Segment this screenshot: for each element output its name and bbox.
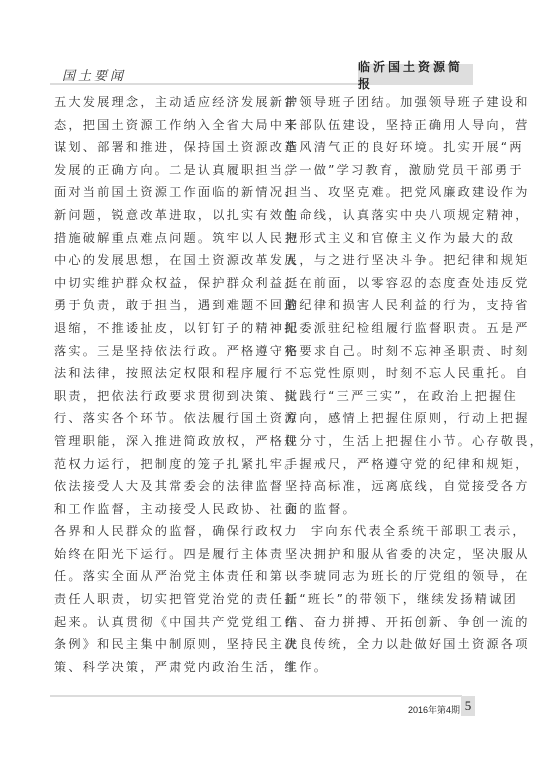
text-line: 落实。三是坚持依法行政。严格遵守宪: [54, 340, 266, 363]
text-line: 和工作监督，主动接受人民政协、社会: [54, 498, 266, 521]
page-number: 5: [465, 698, 472, 714]
publication-title: 临沂国土资源简报: [358, 58, 473, 92]
text-line: 生命线，认真落实中央八项规定精神，: [285, 204, 475, 227]
text-line: 结、奋力拼搏、开拓创新、争创一流的: [285, 611, 475, 634]
paragraph-start-line: 宇向东代表全系统干部职工表示，: [285, 520, 475, 543]
text-line: 担当、攻坚克难。把党风廉政建设作为: [285, 181, 475, 204]
text-line: 格要求自己。时刻不忘神圣职责、时刻: [285, 340, 475, 363]
text-line: 优良传统，全力以赴做好国土资源各项: [285, 633, 475, 656]
text-line: 新“班长”的带领下，继续发扬精诚团: [285, 588, 475, 611]
text-line: 不忘党性原则，时刻不忘人民重托。自: [285, 362, 475, 385]
footer-divider: [50, 695, 462, 697]
text-line: 学一做”学习教育，激励党员干部勇于: [285, 159, 475, 182]
text-line: 坚持高标准，远离底线，自觉接受各方: [285, 475, 475, 498]
text-line: 方向，感情上把握住原则，行动上把握: [285, 407, 475, 430]
text-line: 面的监督。: [285, 498, 475, 521]
page-number-box: 5: [461, 696, 475, 716]
text-line: 手握戒尺，严格遵守党的纪律和规矩，: [285, 453, 475, 476]
text-line: 谋划、部署和推进，保持国土资源改革: [54, 136, 266, 159]
text-line: 各界和人民群众的监督，确保行政权力: [54, 520, 266, 543]
text-line: 管理职能，深入推进简政放权，严格规: [54, 430, 266, 453]
text-line: 护领导班子团结。加强领导班子建设和: [285, 91, 475, 114]
text-line: 觉践行“三严三实”，在政治上把握住: [285, 385, 475, 408]
text-line: 挺在前面，以零容忍的态度查处违反党: [285, 272, 475, 295]
text-line: 发展的正确方向。二是认真履职担当。: [54, 159, 266, 182]
text-line: 起来。认真贯彻《中国共产党党组工作: [54, 611, 266, 634]
right-column: 护领导班子团结。加强领导班子建设和 干部队伍建设，坚持正确用人导向，营 造风清气…: [285, 91, 475, 678]
left-column: 五大发展理念，主动适应经济发展新常 态，把国土资源工作纳入全省大局中来 谋划、部…: [54, 91, 266, 678]
text-line: 把形式主义和官僚主义作为最大的敌: [285, 227, 475, 250]
publication-banner: 临沂国土资源简报: [358, 64, 473, 85]
text-line: 坚决拥护和服从省委的决定，坚决服从: [285, 543, 475, 566]
text-line: 中心的发展思想，在国土资源改革发展: [54, 249, 266, 272]
text-line: 行、落实各个环节。依法履行国土资源: [54, 407, 266, 430]
text-line: 住分寸，生活上把握住小节。心存敬畏，: [285, 430, 475, 453]
text-line: 条例》和民主集中制原则，坚持民主决: [54, 633, 266, 656]
text-line: 的纪律和损害人民利益的行为，支持省: [285, 294, 475, 317]
text-line: 面对当前国土资源工作面临的新情况、: [54, 181, 266, 204]
text-line: 五大发展理念，主动适应经济发展新常: [54, 91, 266, 114]
text-line: 新问题，锐意改革进取，以扎实有效的: [54, 204, 266, 227]
text-line: 中切实维护群众权益，保护群众利益。: [54, 272, 266, 295]
text-line: 策、科学决策，严肃党内政治生活，维: [54, 656, 266, 679]
text-line: 范权力运行，把制度的笼子扎紧扎牢。: [54, 453, 266, 476]
text-line: 勇于负责，敢于担当，遇到难题不回避: [54, 294, 266, 317]
text-line: 措施破解重点难点问题。筑牢以人民为: [54, 227, 266, 250]
text-line: 退缩，不推诿扯皮，以钉钉子的精神抓: [54, 317, 266, 340]
header-divider: [50, 83, 362, 85]
issue-label: 2016年第4期: [408, 703, 460, 716]
text-line: 任。落实全面从严治党主体责任和第一: [54, 565, 266, 588]
document-page: 国土要闻 临沂国土资源简报 五大发展理念，主动适应经济发展新常 态，把国土资源工…: [0, 0, 542, 768]
text-line: 依法接受人大及其常委会的法律监督: [54, 475, 266, 498]
text-line: 造风清气正的良好环境。扎实开展“两: [285, 136, 475, 159]
text-line: 纪委派驻纪检组履行监督职责。五是严: [285, 317, 475, 340]
text-line: 职责，把依法行政要求贯彻到决策、执: [54, 385, 266, 408]
section-title: 国土要闻: [62, 65, 126, 84]
text-line: 以李琥同志为班长的厅党组的领导，在: [285, 565, 475, 588]
text-line: 态，把国土资源工作纳入全省大局中来: [54, 114, 266, 137]
text-line: 法和法律，按照法定权限和程序履行: [54, 362, 266, 385]
text-line: 干部队伍建设，坚持正确用人导向，营: [285, 114, 475, 137]
text-line: 人，与之进行坚决斗争。把纪律和规矩: [285, 249, 475, 272]
text-line: 始终在阳光下运行。四是履行主体责: [54, 543, 266, 566]
text-line: 责任人职责，切实把管党治党的责任扛: [54, 588, 266, 611]
text-line: 工作。: [285, 656, 475, 679]
